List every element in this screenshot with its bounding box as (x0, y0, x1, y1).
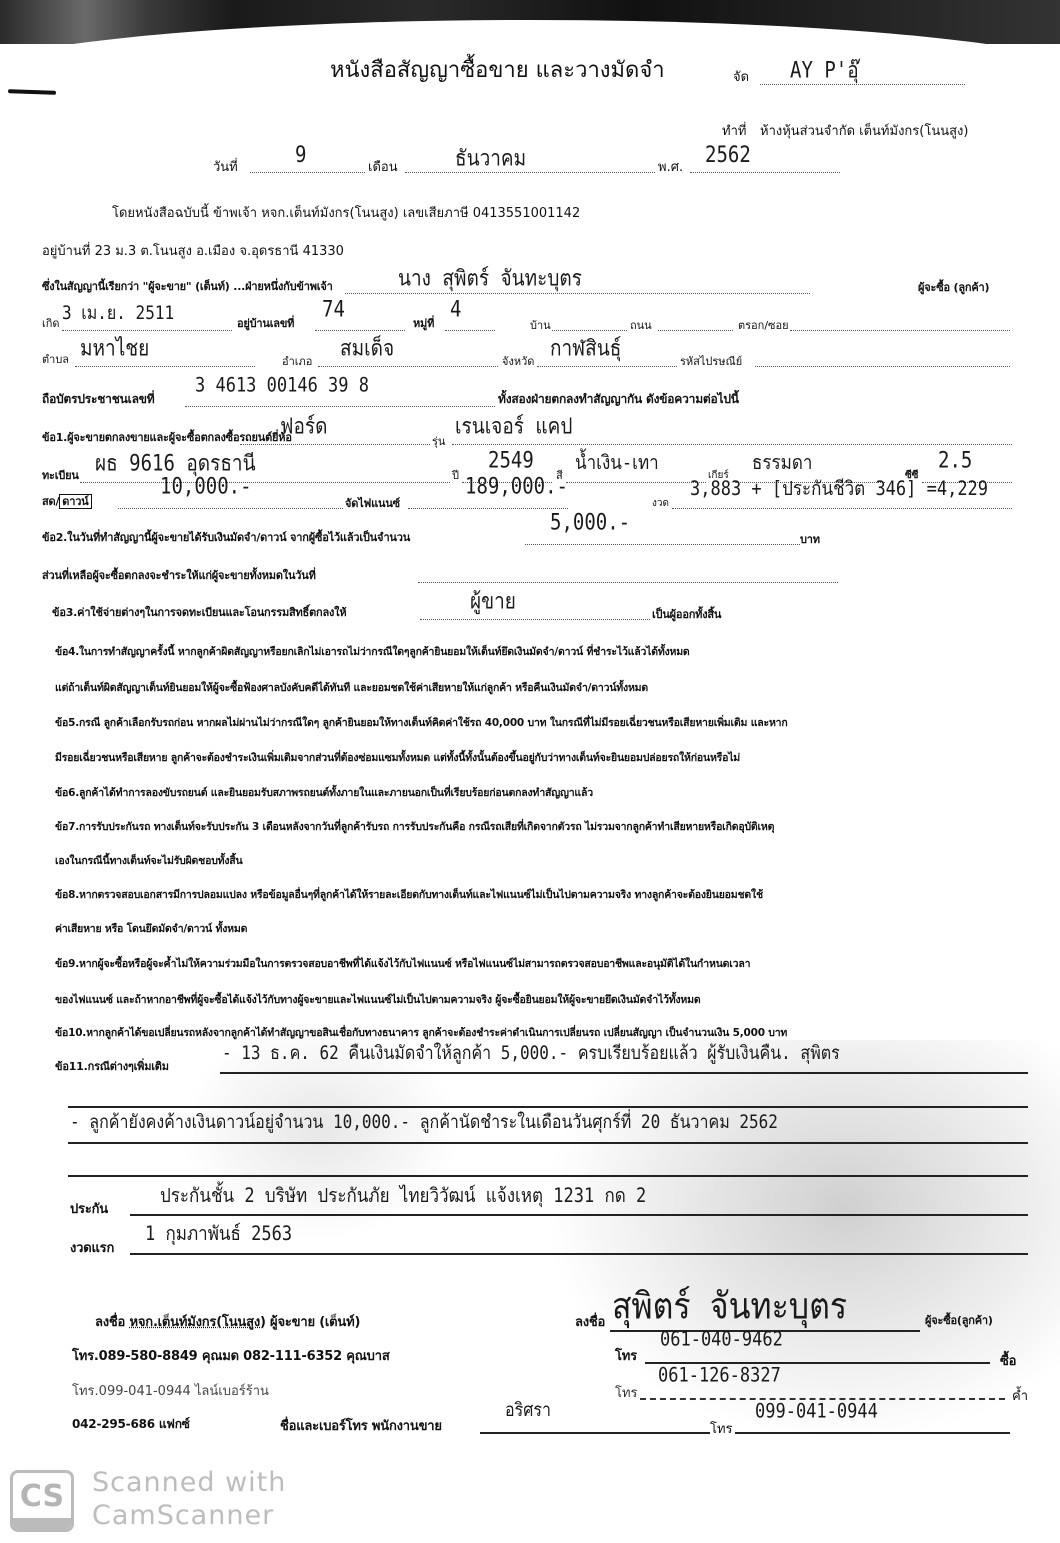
staff-label: ชื่อและเบอร์โทร พนักงานขาย (280, 1415, 442, 1436)
car-year: 2549 (488, 448, 534, 473)
house-no-value: 74 (322, 297, 345, 322)
clause5-line2: มีรอยเฉี่ยวชนหรือเสียหาย ลูกค้าจะต้องชำร… (55, 749, 740, 766)
seller-sign-name: หจก.เต็นท์มังกร(โนนสูง) (129, 1315, 265, 1330)
dotted-line (755, 366, 1010, 367)
dotted-line (75, 366, 255, 367)
district-label: อำเภอ (282, 352, 312, 370)
guarantor-phone-tag: ค้ำ (1012, 1385, 1028, 1406)
fee-payer: ผู้ขาย (470, 585, 516, 620)
underline (735, 1432, 1010, 1434)
subdistrict-label: ตำบล (42, 350, 69, 368)
remaining-label: ส่วนที่เหลือผู้จะซื้อตกลงจะชำระให้แก่ผู้… (42, 566, 316, 584)
car-cc: 2.5 (938, 448, 972, 473)
clause5-line1: ข้อ5.กรณี ลูกค้าเลือกรับรถก่อน หากผลไม่ผ… (55, 714, 788, 731)
made-at-label: ทำที่ (722, 120, 746, 141)
clause8-line1: ข้อ8.หากตรวจสอบเอกสารมีการปลอมแปลง หรือข… (55, 886, 763, 903)
insurance-value: ประกันชั้น 2 บริษัท ประกันภัย ไทยวิวัฒน์… (160, 1180, 646, 1211)
staff-phone-label: โทร (710, 1418, 733, 1439)
subdistrict-value: มหาไชย (80, 332, 149, 367)
down-label: ดาวน์ (59, 494, 91, 509)
dotted-line (80, 482, 450, 483)
dotted-line (185, 406, 495, 407)
clause3-label: ข้อ3.ค่าใช้จ่ายต่างๆในการจดทะเบียนและโอน… (52, 603, 346, 621)
month-value: ธันวาคม (455, 142, 526, 177)
dotted-line (452, 444, 1012, 445)
dashed-underline (640, 1398, 1005, 1400)
scan-shadow (520, 1040, 1060, 1460)
first-installment-label: งวดแรก (70, 1237, 114, 1258)
dotted-line (418, 582, 838, 583)
car-model: เรนเจอร์ แคป (455, 410, 572, 445)
finance-amount: 189,000.- (465, 474, 568, 499)
id-number: 3 4613 00146 39 8 (195, 374, 369, 397)
clause11-note1: - 13 ธ.ค. 62 คืนเงินมัดจำให้ลูกค้า 5,000… (222, 1039, 840, 1068)
house-no-label: อยู่บ้านเลขที่ (237, 314, 294, 332)
dotted-line (672, 508, 1012, 509)
underline (68, 1175, 1028, 1177)
id-label: ถือบัตรประชาชนเลขที่ (42, 390, 154, 409)
finance-label: จัดไฟแนนซ์ (345, 494, 400, 512)
dotted-line (566, 482, 706, 483)
dotted-line (408, 508, 568, 509)
year-label: พ.ศ. (658, 156, 683, 177)
clause9-line1: ข้อ9.หากผู้จะซื้อหรือผู้จะค้ำไม่ให้ความร… (55, 955, 750, 972)
watermark-line1: Scanned with (92, 1466, 286, 1499)
guarantor-phone: 061-126-8327 (658, 1364, 781, 1387)
camscanner-caption: Scanned with CamScanner (92, 1466, 286, 1532)
seller-signature-line: ลงชื่อ หจก.เต็นท์มังกร(โนนสูง) ผู้จะขาย … (95, 1311, 360, 1332)
postcode-label: รหัสไปรษณีย์ (680, 352, 742, 370)
district-value: สมเด็จ (340, 332, 394, 367)
id-suffix: ทั้งสองฝ่ายตกลงทำสัญญากัน ดังข้อความต่อไ… (498, 390, 739, 409)
buyer-phone-tag: ซื้อ (1000, 1350, 1016, 1371)
dotted-line (445, 330, 495, 331)
road-label: ถนน (630, 316, 652, 334)
car-color: น้ำเงิน-เทา (575, 447, 659, 478)
lane-label: ตรอก/ซอย (738, 316, 789, 334)
dotted-line (420, 619, 650, 620)
dotted-line (658, 330, 733, 331)
pen-mark (8, 89, 56, 95)
buyer-prefix: ซึ่งในสัญญานี้เรียกว่า "ผู้จะขาย" (เต็นท… (42, 277, 333, 295)
moo-value: 4 (450, 297, 461, 322)
buyer-phone: 061-040-9462 (660, 1328, 783, 1351)
deposit-unit: บาท (800, 530, 820, 548)
camscanner-logo-icon: CS (10, 1470, 74, 1532)
seller-sign-role: ผู้จะขาย (เต็นท์) (270, 1315, 360, 1330)
underline (480, 1432, 710, 1434)
dotted-line (250, 172, 365, 173)
seller-phone-line2: โทร.099-041-0944 ไลน์เบอร์ร้าน (72, 1380, 269, 1401)
model-label: รุ่น (432, 432, 445, 450)
dotted-line (318, 366, 498, 367)
buyer-suffix: ผู้จะซื้อ (ลูกค้า) (918, 278, 989, 296)
moo-label: หมู่ที่ (413, 314, 434, 332)
seller-phone-line1: โทร.089-580-8849 คุณมด 082-111-6352 คุณบ… (72, 1345, 390, 1366)
down-amount: 10,000.- (160, 474, 252, 499)
staff-phone: 099-041-0944 (755, 1400, 878, 1423)
sales-label: จัด (733, 66, 749, 87)
deposit-amount: 5,000.- (550, 510, 630, 535)
dotted-line (405, 172, 655, 173)
staff-name: อริศรา (505, 1396, 551, 1425)
sales-person: AY P'อุ๊ (790, 54, 859, 89)
village-label: บ้าน (530, 316, 551, 334)
seller-address: อยู่บ้านที่ 23 ม.3 ต.โนนสูง อ.เมือง จ.อุ… (42, 240, 344, 261)
clause8-line2: ค่าเสียหาย หรือ โดนยึดมัดจำ/ดาวน์ ทั้งหม… (55, 920, 247, 937)
insurance-label: ประกัน (70, 1198, 108, 1219)
cash-down-label: สด/ดาวน์ (42, 492, 92, 510)
year-label: ปี (452, 466, 459, 484)
guarantor-phone-label: โทร (615, 1382, 638, 1403)
intro-line: โดยหนังสือฉบับนี้ ข้าพเจ้า หจก.เต็นท์มัง… (112, 202, 580, 223)
clause7-line1: ข้อ7.การรับประกันรถ ทางเต็นท์จะรับประกัน… (55, 818, 774, 835)
cash-label: สด/ (42, 495, 59, 508)
document-title: หนังสือสัญญาซื้อขาย และวางมัดจำ (330, 52, 665, 87)
province-label: จังหวัด (502, 352, 534, 370)
clause11-note2: - ลูกค้ายังคงค้างเงินดาวน์อยู่จำนวน 10,0… (70, 1108, 778, 1137)
born-label: เกิด (42, 314, 60, 332)
year-value: 2562 (705, 143, 751, 168)
clause3-suffix: เป็นผู้ออกทั้งสิ้น (652, 605, 721, 623)
underline (130, 1214, 1028, 1216)
camscanner-logo-text: CS (13, 1479, 71, 1514)
buyer-sign-label: ลงชื่อ (575, 1311, 605, 1332)
car-brand: ฟอร์ด (280, 410, 327, 445)
clause6: ข้อ6.ลูกค้าได้ทำการลองขับรถยนต์ และยินยอ… (55, 784, 593, 801)
watermark-line2: CamScanner (92, 1499, 286, 1532)
born-value: 3 เม.ย. 2511 (62, 299, 174, 328)
province-value: กาฬสินธุ์ (550, 332, 621, 367)
underline (68, 1142, 1028, 1144)
made-at-value: ห้างหุ้นส่วนจำกัด เต็นท์มังกร(โนนสูง) (760, 120, 968, 141)
clause4-line1: ข้อ4.ในการทำสัญญาครั้งนี้ หากลูกค้าผิดสั… (55, 643, 690, 660)
dotted-line (118, 508, 343, 509)
seller-sign-label: ลงชื่อ (95, 1315, 125, 1330)
underline (130, 1253, 1028, 1255)
dotted-line (790, 330, 1010, 331)
buyer-sign-role: ผู้จะซื้อ(ลูกค้า) (925, 1311, 993, 1329)
installment-value: 3,883 + [ประกันชีวิต 346] =4,229 (690, 473, 988, 504)
clause4-line2: แต่ถ้าเต็นท์ผิดสัญญาเต็นท์ยินยอมให้ผู้จะ… (55, 679, 648, 696)
buyer-name: นาง สุพิตร์ จันทะบุตร (398, 262, 582, 297)
installment-label: งวด (652, 496, 669, 511)
first-installment-value: 1 กุมภาพันธ์ 2563 (145, 1218, 292, 1249)
buyer-phone-label: โทร (615, 1345, 637, 1366)
dotted-line (240, 444, 430, 445)
logo-bar (13, 1518, 71, 1529)
clause2-label: ข้อ2.ในวันที่ทำสัญญานี้ผู้จะขายได้รับเงิ… (42, 528, 410, 546)
dotted-line (525, 544, 800, 545)
seller-fax: 042-295-686 แฟกซ์ (72, 1415, 190, 1434)
dotted-line (537, 366, 677, 367)
day-label: วันที่ (213, 156, 238, 177)
clause9-line2: ของไฟแนนซ์ และถ้าหากอาชีพที่ผู้จะซื้อได้… (55, 991, 701, 1008)
clause11-label: ข้อ11.กรณีต่างๆเพิ่มเติม (55, 1057, 169, 1075)
clause7-line2: เองในกรณีนี้ทางเต็นท์จะไม่รับผิดชอบทั้งส… (55, 852, 243, 869)
dotted-line (690, 172, 840, 173)
registration-label: ทะเบียน (42, 466, 79, 484)
day-value: 9 (295, 143, 306, 168)
underline (220, 1072, 1028, 1074)
month-label: เดือน (368, 156, 398, 177)
